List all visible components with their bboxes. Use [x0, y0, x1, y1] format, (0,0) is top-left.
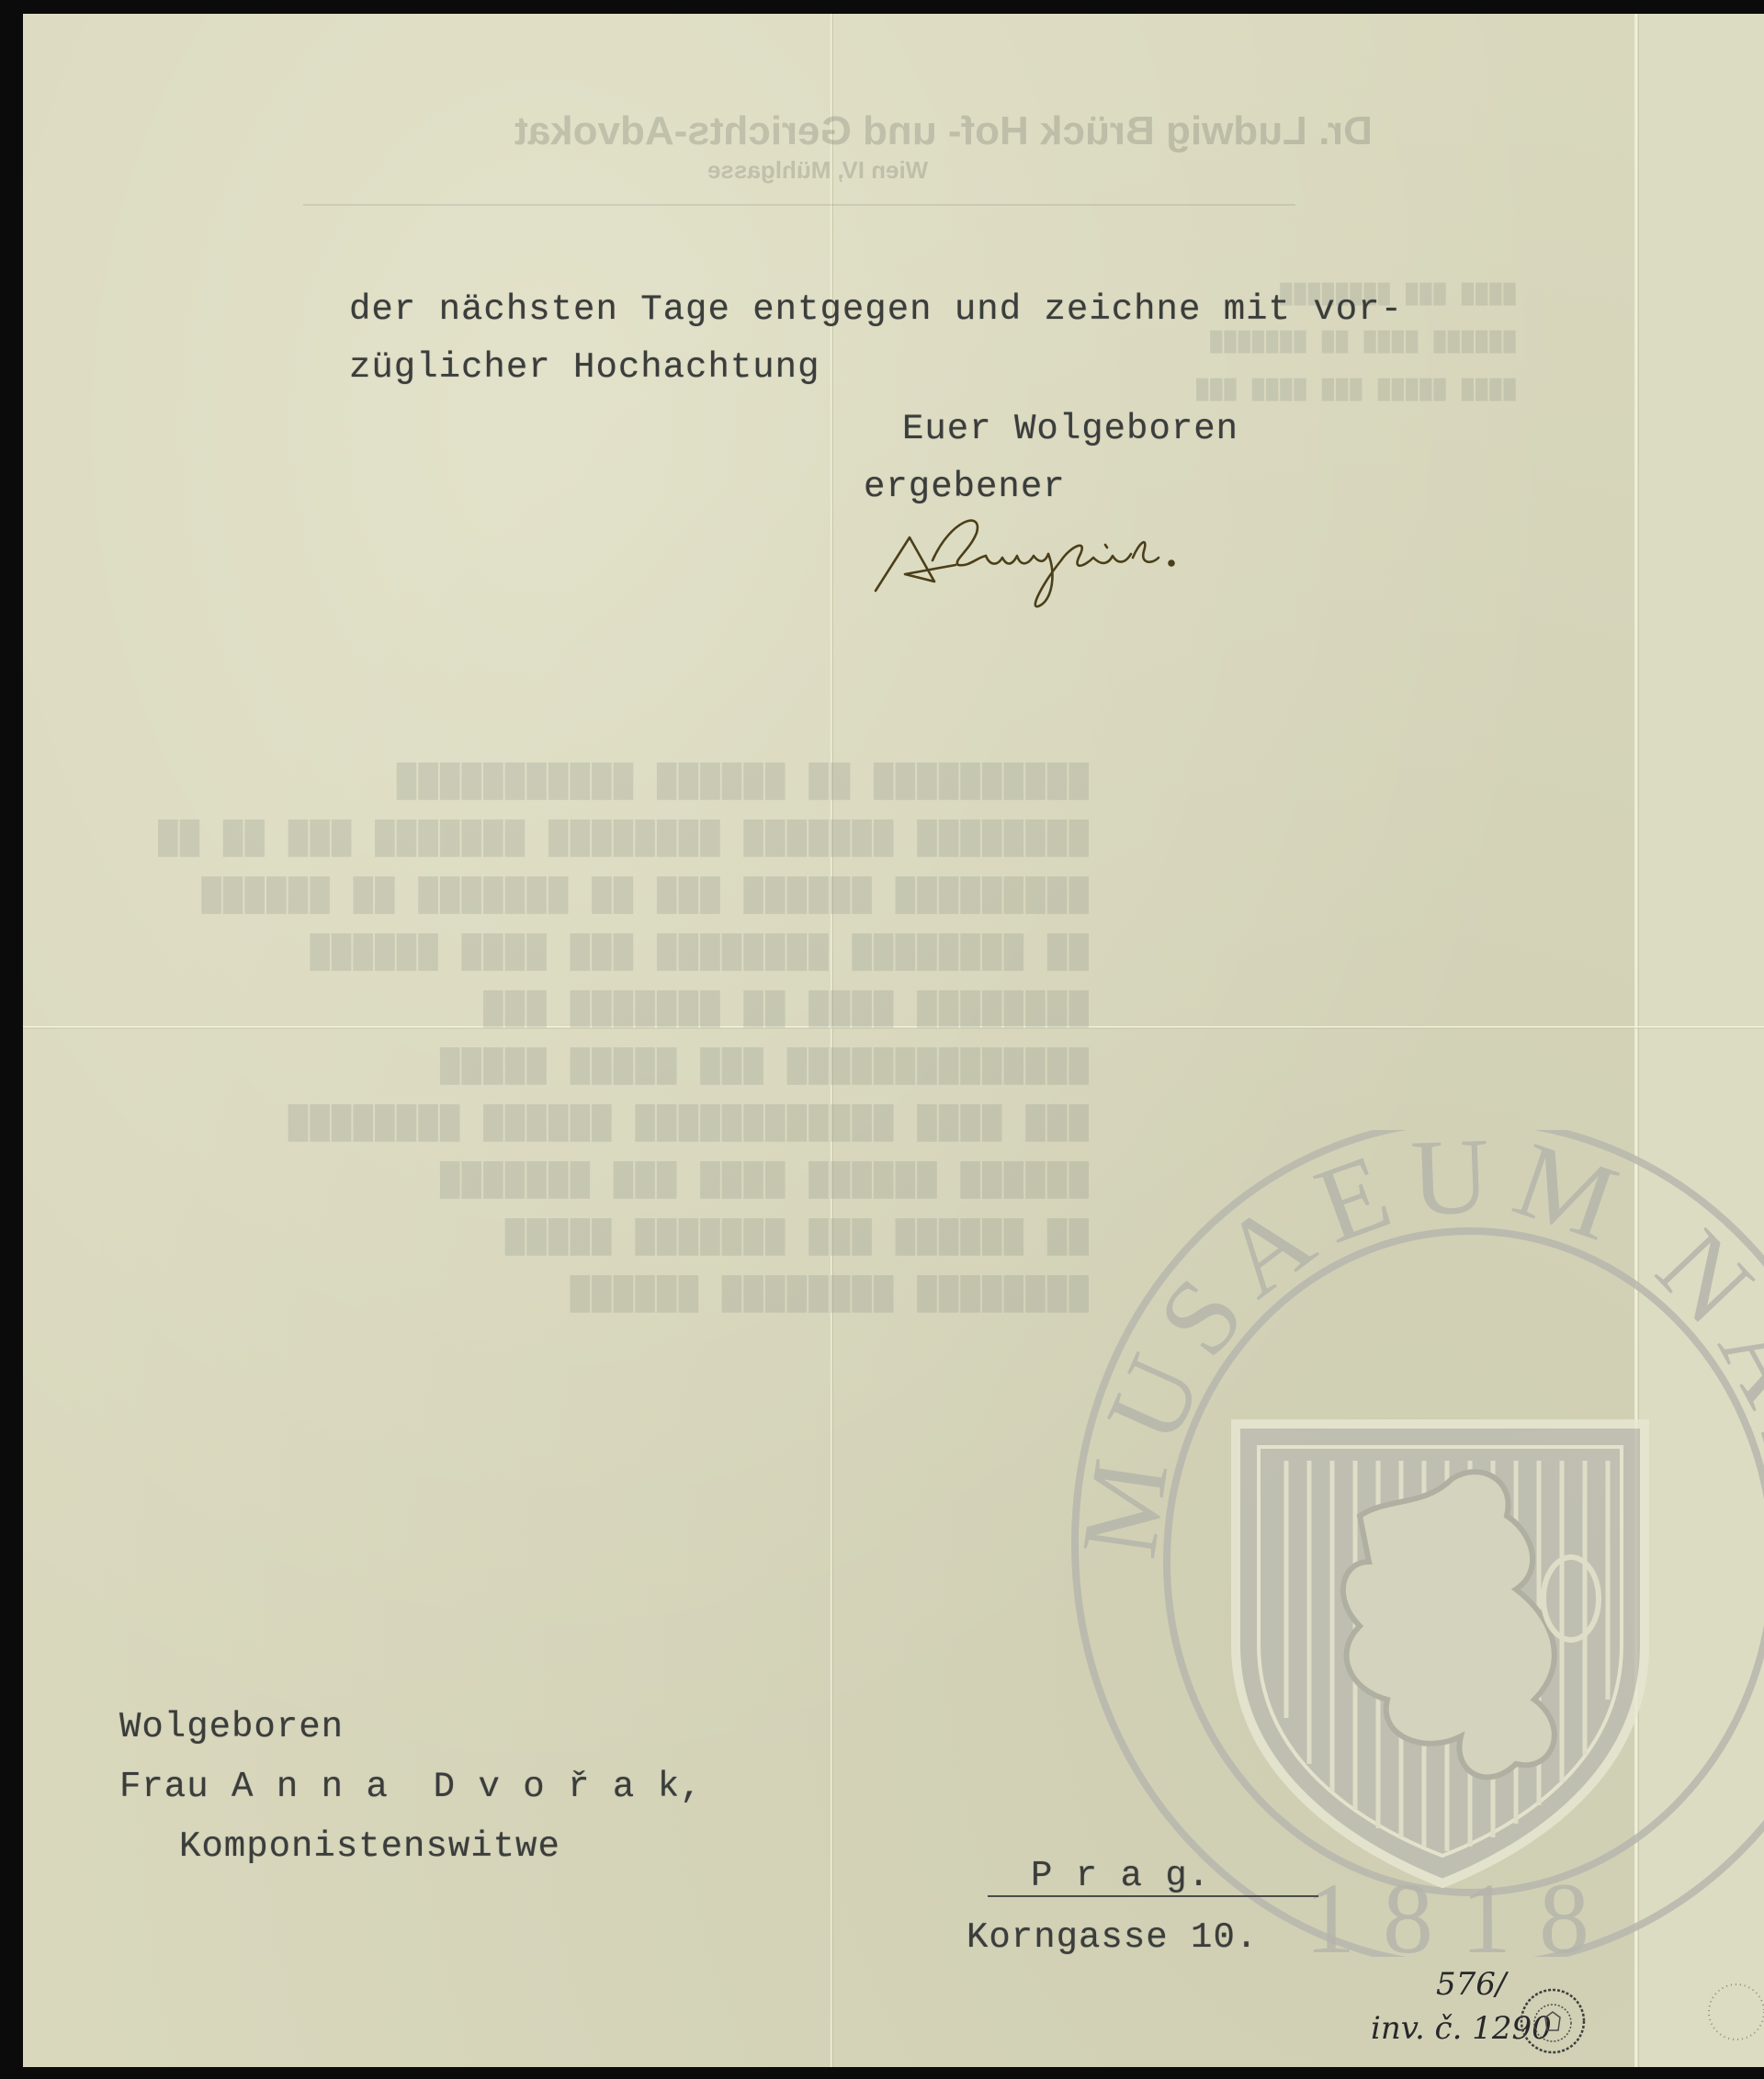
body-line-2: züglicher Hochachtung — [349, 347, 820, 388]
letterhead-showthrough: Dr. Ludwig Brück Hof- und Gerichts-Advok… — [514, 108, 1373, 154]
address-recipient-title: Komponistenswitwe — [179, 1826, 560, 1867]
closing-salutation: Euer Wolgeboren — [902, 409, 1238, 449]
letterhead-address-showthrough: Wien IV, Mühlgasse — [707, 156, 928, 185]
city-underline — [988, 1895, 1318, 1897]
seal-year: 1818 — [1305, 1862, 1617, 1957]
museum-seal-watermark: MUSAEUM NATIONALE 1818 — [1057, 1130, 1764, 1957]
letterhead-rule-showthrough — [303, 204, 1295, 206]
address-recipient-name: Frau A n n a D v o ř a k, — [119, 1767, 703, 1807]
library-round-stamp — [1516, 1984, 1589, 2058]
body-line-1: der nächsten Tage entgegen und zeichne m… — [349, 289, 1403, 330]
address-city: P r a g. — [1031, 1856, 1210, 1896]
reverse-text-showthrough: ██████████ ██ ██████ ███████████ ███████… — [156, 753, 1089, 1323]
handwritten-shelf-number: 576/ — [1436, 1966, 1506, 2003]
handwritten-signature — [868, 510, 1199, 611]
address-street: Korngasse 10. — [967, 1917, 1258, 1958]
closing-valediction: ergebener — [864, 467, 1066, 507]
address-honorific: Wolgeboren — [119, 1707, 344, 1747]
faded-stamp-speckle — [1704, 1975, 1764, 2049]
